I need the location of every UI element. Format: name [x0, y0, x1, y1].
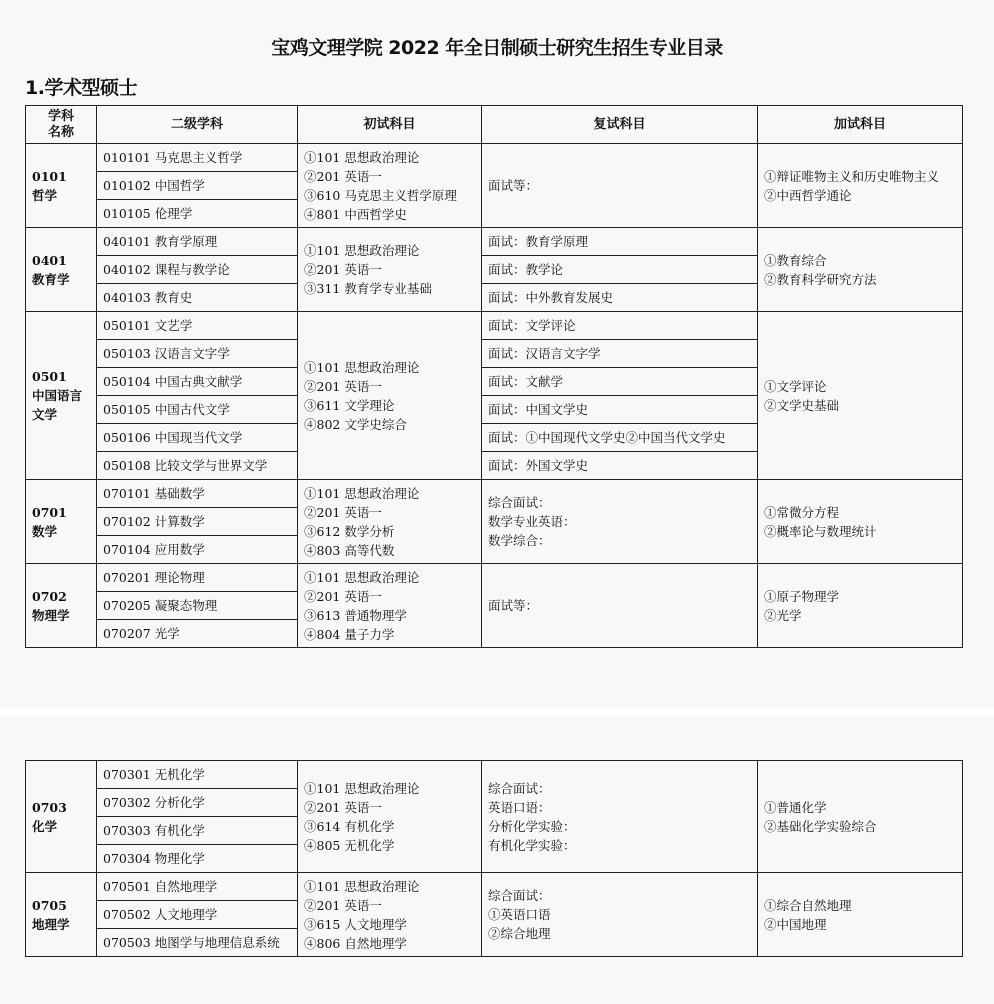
table-row: 0101 哲学 010101 马克思主义哲学 ①101 思想政治理论 ②201 … [26, 144, 963, 172]
subdiscipline-cell: 040101 教育学原理 [97, 228, 298, 256]
discipline-cell: 0401 教育学 [26, 228, 97, 312]
table-row: 0701 数学 070101 基础数学 ①101 思想政治理论 ②201 英语一… [26, 480, 963, 508]
table-row: 0401 教育学 040101 教育学原理 ①101 思想政治理论 ②201 英… [26, 228, 963, 256]
retest-cell: 面试：中外教育发展史 [482, 284, 758, 312]
retest-cell: 面试：文献学 [482, 368, 758, 396]
header-retest: 复试科目 [482, 106, 758, 144]
subdiscipline-cell: 070503 地图学与地理信息系统 [97, 929, 298, 957]
initial-exam-cell: ①101 思想政治理论 ②201 英语一 ③615 人文地理学 ④806 自然地… [298, 873, 482, 957]
subdiscipline-cell: 070104 应用数学 [97, 536, 298, 564]
document-title: 宝鸡文理学院 2022 年全日制硕士研究生招生专业目录 [0, 33, 994, 60]
initial-exam-cell: ①101 思想政治理论 ②201 英语一 ③311 教育学专业基础 [298, 228, 482, 312]
subdiscipline-cell: 070501 自然地理学 [97, 873, 298, 901]
discipline-cell: 0101 哲学 [26, 144, 97, 228]
initial-exam-cell: ①101 思想政治理论 ②201 英语一 ③612 数学分析 ④803 高等代数 [298, 480, 482, 564]
table-row: 0703 化学 070301 无机化学 ①101 思想政治理论 ②201 英语一… [26, 761, 963, 789]
retest-cell: 综合面试： ①英语口语 ②综合地理 [482, 873, 758, 957]
initial-exam-cell: ①101 思想政治理论 ②201 英语一 ③613 普通物理学 ④804 量子力… [298, 564, 482, 648]
retest-cell: 面试：外国文学史 [482, 452, 758, 480]
table-row: 0702 物理学 070201 理论物理 ①101 思想政治理论 ②201 英语… [26, 564, 963, 592]
subdiscipline-cell: 010105 伦理学 [97, 200, 298, 228]
subdiscipline-cell: 050103 汉语言文字学 [97, 340, 298, 368]
subdiscipline-cell: 070301 无机化学 [97, 761, 298, 789]
retest-cell: 面试等： [482, 564, 758, 648]
table-header-row: 学科 名称 二级学科 初试科目 复试科目 加试科目 [26, 106, 963, 144]
subdiscipline-cell: 070205 凝聚态物理 [97, 592, 298, 620]
retest-cell: 综合面试： 英语口语： 分析化学实验： 有机化学实验： [482, 761, 758, 873]
subdiscipline-cell: 050108 比较文学与世界文学 [97, 452, 298, 480]
retest-cell: 面试：教学论 [482, 256, 758, 284]
subdiscipline-cell: 070303 有机化学 [97, 817, 298, 845]
discipline-cell: 0705 地理学 [26, 873, 97, 957]
subdiscipline-cell: 070302 分析化学 [97, 789, 298, 817]
extra-exam-cell: ①文学评论 ②文学史基础 [758, 312, 963, 480]
subdiscipline-cell: 040102 课程与教学论 [97, 256, 298, 284]
subdiscipline-cell: 070304 物理化学 [97, 845, 298, 873]
subdiscipline-cell: 050105 中国古代文学 [97, 396, 298, 424]
extra-exam-cell: ①教育综合 ②教育科学研究方法 [758, 228, 963, 312]
header-initial-exam: 初试科目 [298, 106, 482, 144]
header-discipline: 学科 名称 [26, 106, 97, 144]
subdiscipline-cell: 070502 人文地理学 [97, 901, 298, 929]
extra-exam-cell: ①常微分方程 ②概率论与数理统计 [758, 480, 963, 564]
subdiscipline-cell: 010101 马克思主义哲学 [97, 144, 298, 172]
document-page-1: 宝鸡文理学院 2022 年全日制硕士研究生招生专业目录 1.学术型硕士 学科 名… [0, 0, 994, 708]
catalog-table-page-2: 0703 化学 070301 无机化学 ①101 思想政治理论 ②201 英语一… [25, 760, 963, 957]
retest-cell: 综合面试： 数学专业英语： 数学综合： [482, 480, 758, 564]
section-title: 1.学术型硕士 [25, 73, 137, 100]
subdiscipline-cell: 050106 中国现当代文学 [97, 424, 298, 452]
subdiscipline-cell: 070201 理论物理 [97, 564, 298, 592]
table-row: 0705 地理学 070501 自然地理学 ①101 思想政治理论 ②201 英… [26, 873, 963, 901]
header-subdiscipline: 二级学科 [97, 106, 298, 144]
discipline-cell: 0701 数学 [26, 480, 97, 564]
extra-exam-cell: ①普通化学 ②基础化学实验综合 [758, 761, 963, 873]
subdiscipline-cell: 010102 中国哲学 [97, 172, 298, 200]
retest-cell: 面试：文学评论 [482, 312, 758, 340]
extra-exam-cell: ①辩证唯物主义和历史唯物主义 ②中西哲学通论 [758, 144, 963, 228]
subdiscipline-cell: 050104 中国古典文献学 [97, 368, 298, 396]
page-break [0, 708, 994, 716]
extra-exam-cell: ①综合自然地理 ②中国地理 [758, 873, 963, 957]
initial-exam-cell: ①101 思想政治理论 ②201 英语一 ③611 文学理论 ④802 文学史综… [298, 312, 482, 480]
subdiscipline-cell: 070207 光学 [97, 620, 298, 648]
discipline-cell: 0702 物理学 [26, 564, 97, 648]
table-row: 0501 中国语言 文学 050101 文艺学 ①101 思想政治理论 ②201… [26, 312, 963, 340]
subdiscipline-cell: 050101 文艺学 [97, 312, 298, 340]
initial-exam-cell: ①101 思想政治理论 ②201 英语一 ③610 马克思主义哲学原理 ④801… [298, 144, 482, 228]
extra-exam-cell: ①原子物理学 ②光学 [758, 564, 963, 648]
discipline-cell: 0703 化学 [26, 761, 97, 873]
document-page-2: 0703 化学 070301 无机化学 ①101 思想政治理论 ②201 英语一… [0, 716, 994, 1004]
retest-cell: 面试等： [482, 144, 758, 228]
subdiscipline-cell: 070102 计算数学 [97, 508, 298, 536]
retest-cell: 面试：①中国现代文学史②中国当代文学史 [482, 424, 758, 452]
retest-cell: 面试：教育学原理 [482, 228, 758, 256]
initial-exam-cell: ①101 思想政治理论 ②201 英语一 ③614 有机化学 ④805 无机化学 [298, 761, 482, 873]
subdiscipline-cell: 070101 基础数学 [97, 480, 298, 508]
header-extra-exam: 加试科目 [758, 106, 963, 144]
retest-cell: 面试：汉语言文字学 [482, 340, 758, 368]
catalog-table-page-1: 学科 名称 二级学科 初试科目 复试科目 加试科目 0101 哲学 010101… [25, 105, 963, 648]
subdiscipline-cell: 040103 教育史 [97, 284, 298, 312]
retest-cell: 面试：中国文学史 [482, 396, 758, 424]
discipline-cell: 0501 中国语言 文学 [26, 312, 97, 480]
